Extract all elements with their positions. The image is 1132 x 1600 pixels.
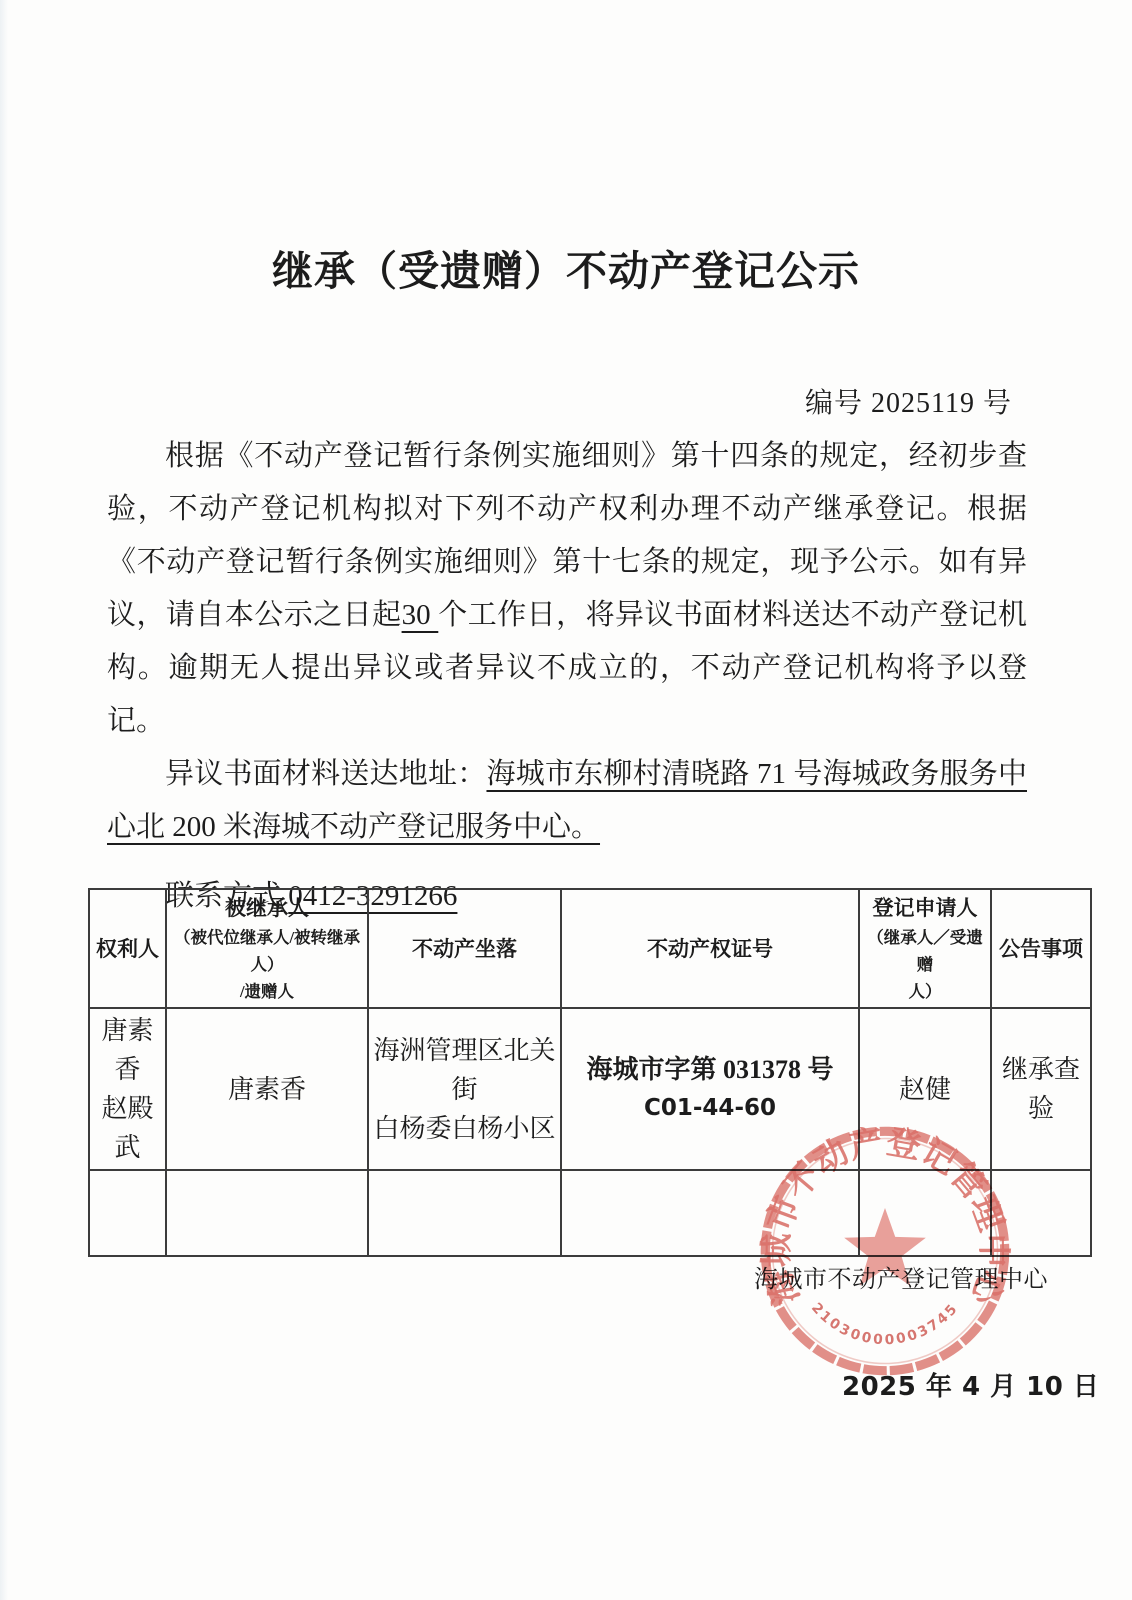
cell-line: 赵殿武 <box>94 1089 161 1167</box>
org-name: 海城市不动产登记管理中心 <box>754 1259 1048 1294</box>
header-line: 不动产坐落 <box>373 933 556 965</box>
table-row <box>89 1170 1091 1256</box>
header-cell: 被继承人（被代位继承人/被转继承人）/遗赠人 <box>166 889 368 1008</box>
table-cell: 唐素香 <box>166 1008 368 1170</box>
header-cell: 公告事项 <box>991 889 1091 1008</box>
table-body: 权利人被继承人（被代位继承人/被转继承人）/遗赠人不动产坐落不动产权证号登记申请… <box>89 889 1091 1256</box>
notice-table: 权利人被继承人（被代位继承人/被转继承人）/遗赠人不动产坐落不动产权证号登记申请… <box>88 888 1092 1257</box>
table-cell: 海城市字第 031378 号C01-44-60 <box>561 1008 859 1170</box>
header-cell: 不动产坐落 <box>368 889 561 1008</box>
header-line: （被代位继承人/被转继承人） <box>171 924 363 978</box>
header-cell: 权利人 <box>89 889 166 1008</box>
table-cell <box>368 1170 561 1256</box>
table-cell <box>89 1170 166 1256</box>
notice-body: 根据《不动产登记暂行条例实施细则》第十四条的规定，经初步查验，不动产登记机构拟对… <box>107 430 1027 923</box>
header-line: 不动产权证号 <box>566 933 854 965</box>
text-run: 异议书面材料送达地址： <box>165 758 486 790</box>
table-cell: 赵健 <box>859 1008 991 1170</box>
notice-page: 继承（受遗赠）不动产登记公示 编号 2025119 号 根据《不动产登记暂行条例… <box>0 0 1132 1600</box>
header-line: 人） <box>864 978 986 1005</box>
page-title: 继承（受遗赠）不动产登记公示 <box>0 238 1132 297</box>
header-line: （继承人／受遗赠 <box>864 924 986 978</box>
table-cell <box>991 1170 1091 1256</box>
seal-code: 21030000003745 <box>808 1300 962 1348</box>
underlined-text: 30 <box>402 599 439 631</box>
header-line: /遗赠人 <box>171 978 363 1005</box>
table-header-row: 权利人被继承人（被代位继承人/被转继承人）/遗赠人不动产坐落不动产权证号登记申请… <box>89 889 1091 1008</box>
cell-line: 唐素香 <box>171 1070 363 1109</box>
cell-line: 海洲管理区北关街 <box>373 1031 556 1109</box>
cell-line: 赵健 <box>864 1070 986 1109</box>
table-cell <box>859 1170 991 1256</box>
table-cell: 海洲管理区北关街白杨委白杨小区 <box>368 1008 561 1170</box>
header-cell: 不动产权证号 <box>561 889 859 1008</box>
cell-line: 继承查验 <box>996 1050 1086 1128</box>
header-line: 权利人 <box>94 933 161 965</box>
header-cell: 登记申请人（继承人／受遗赠人） <box>859 889 991 1008</box>
cell-line: 白杨委白杨小区 <box>373 1109 556 1148</box>
cell-line: 海城市字第 031378 号 <box>566 1050 854 1089</box>
doc-number: 编号 2025119 号 <box>805 381 1012 421</box>
table-cell <box>561 1170 859 1256</box>
table-cell <box>166 1170 368 1256</box>
cell-line: C01-44-60 <box>566 1089 854 1128</box>
paragraph: 异议书面材料送达地址：海城市东柳村清晓路 71 号海城政务服务中心北 200 米… <box>107 748 1027 854</box>
table-cell: 唐素香赵殿武 <box>89 1008 166 1170</box>
cell-line: 唐素香 <box>94 1011 161 1089</box>
header-line: 公告事项 <box>996 933 1086 965</box>
header-line: 被继承人 <box>171 892 363 924</box>
date-line: 2025 年 4 月 10 日 <box>842 1366 1099 1403</box>
table-row: 唐素香赵殿武唐素香海洲管理区北关街白杨委白杨小区海城市字第 031378 号C0… <box>89 1008 1091 1170</box>
paragraph: 根据《不动产登记暂行条例实施细则》第十四条的规定，经初步查验，不动产登记机构拟对… <box>107 430 1027 748</box>
header-line: 登记申请人 <box>864 892 986 924</box>
table-cell: 继承查验 <box>991 1008 1091 1170</box>
